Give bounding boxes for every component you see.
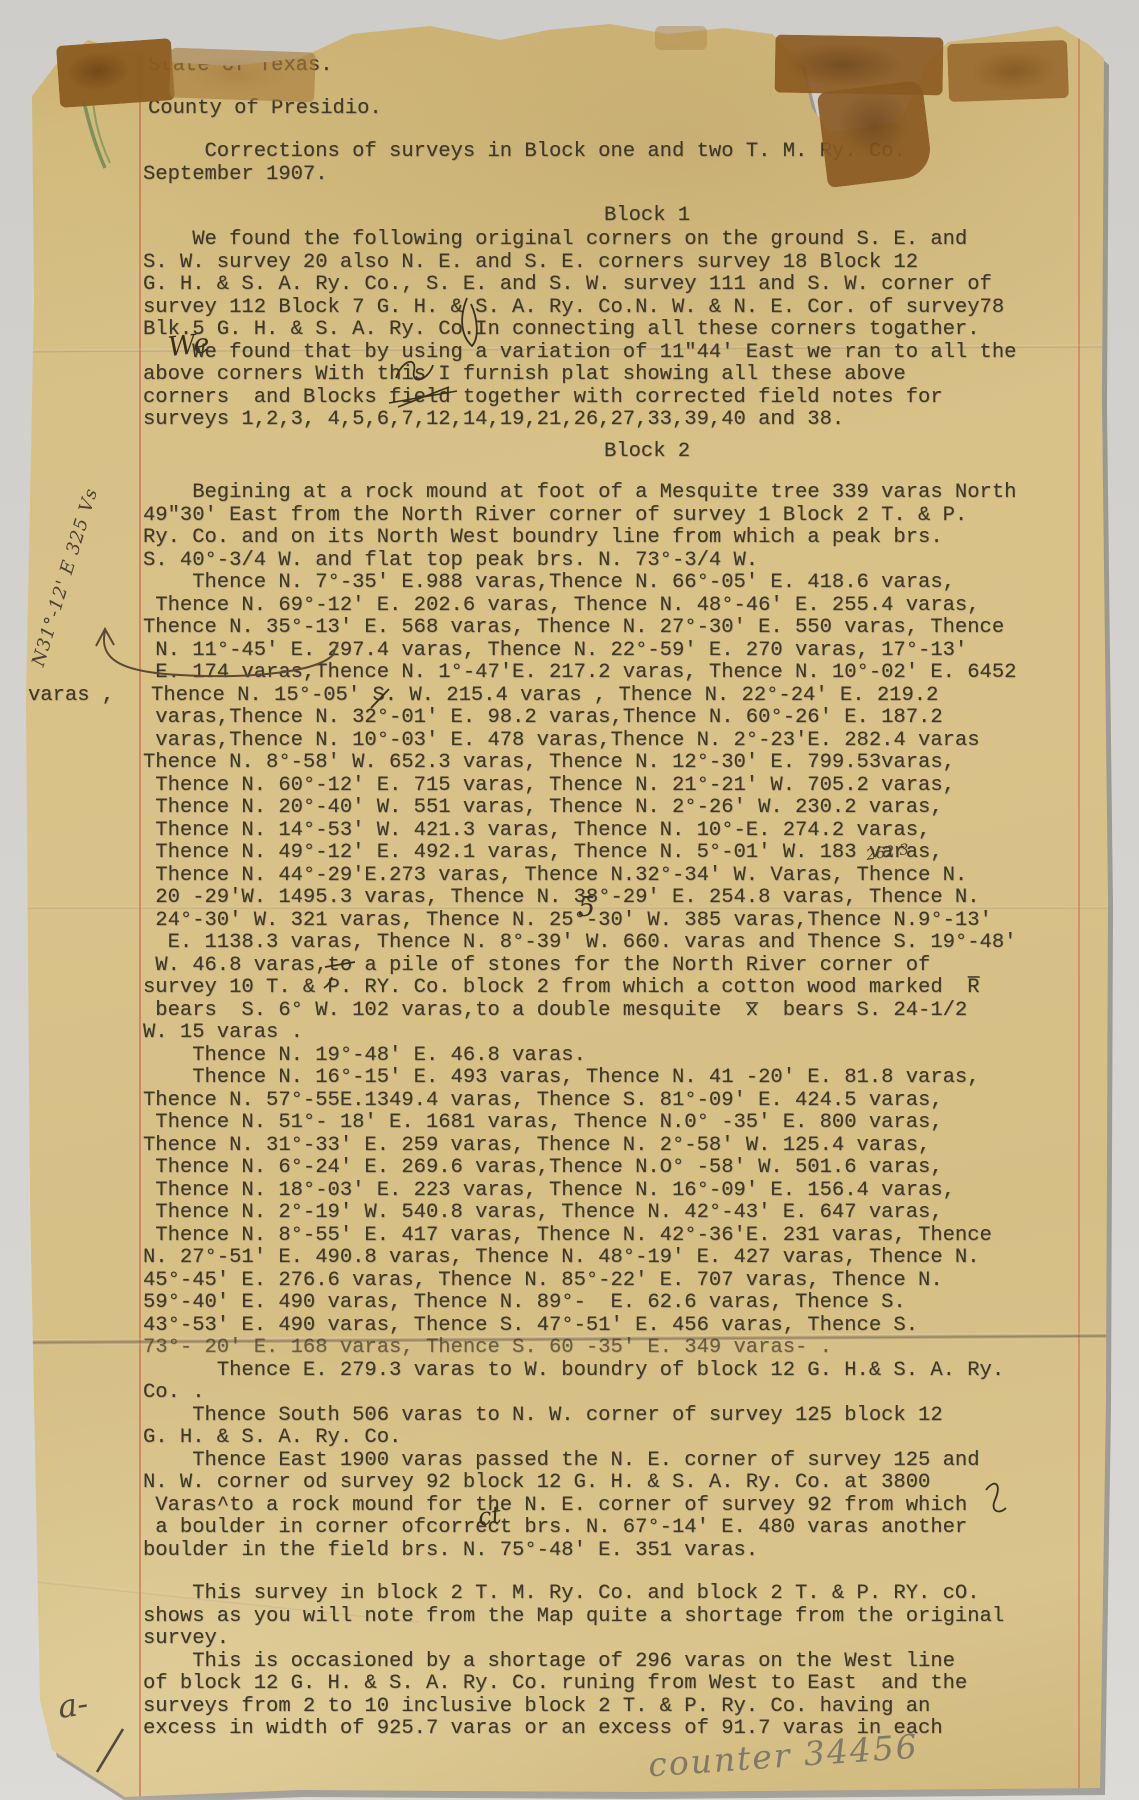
tape-stain bbox=[169, 47, 316, 102]
screenshot-root: { "document": { "header": { "line1": "St… bbox=[0, 0, 1139, 1800]
document-paper: State of Texas. County of Presidio. Corr… bbox=[0, 0, 1139, 1800]
tape-stain bbox=[947, 40, 1069, 102]
tape-stain bbox=[56, 38, 175, 108]
handwriting-marks bbox=[0, 0, 1139, 1800]
tape-stain bbox=[655, 26, 707, 50]
tape-stain bbox=[817, 80, 934, 188]
